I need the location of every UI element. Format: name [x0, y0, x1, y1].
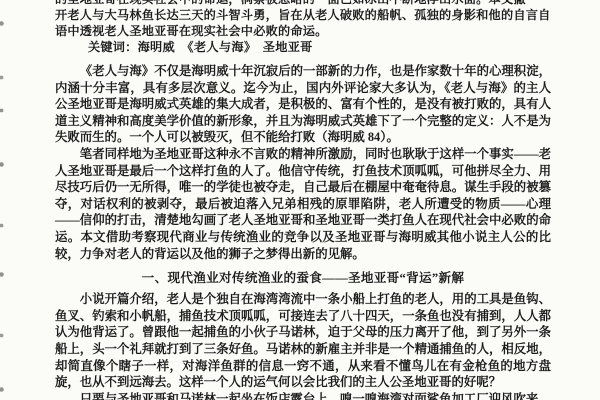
body-paragraph-1: 《老人与海》不仅是海明威十年沉寂后的一部新的力作，也是作家数十年的心理积淀，内涵…	[55, 63, 551, 146]
keywords-values: 海明威 《老人与海》 圣地亚哥	[138, 40, 313, 54]
body-paragraph-3: 小说开篇介绍，老人是个独自在海湾湾流中一条小船上打鱼的老人，用的工具是鱼钩、鱼叉…	[55, 291, 551, 391]
abstract-block: 的圣地亚哥在现实社会中的命运，洞察被忽略的一面已如冰山不断地浮出水面。本文撇 开…	[55, 0, 551, 55]
body-paragraph-2: 笔者同样地为圣地亚哥这种永不言败的精神所激励，同时也耿耿于这样一个事实——老人圣…	[55, 146, 551, 262]
keywords-line: 关键词：海明威 《老人与海》 圣地亚哥	[55, 39, 551, 55]
abstract-line-clipped: 的圣地亚哥在现实社会中的命运，洞察被忽略的一面已如冰山不断地浮出水面。本文撇	[55, 0, 551, 7]
page-content: 的圣地亚哥在现实社会中的命运，洞察被忽略的一面已如冰山不断地浮出水面。本文撇 开…	[55, 0, 551, 400]
section-heading: 一、现代渔业对传统渔业的蚕食——圣地亚哥“背运”新解	[55, 270, 551, 286]
scanned-paper-page: 的圣地亚哥在现实社会中的命运，洞察被忽略的一面已如冰山不断地浮出水面。本文撇 开…	[0, 0, 600, 400]
body-paragraph-4-clipped: 只要与圣地亚哥和马诺林一起坐在饭店露台上，嗅一嗅海湾对面鲨鱼加工厂迎风吹来	[55, 391, 551, 400]
scan-speckle-artifacts	[0, 0, 3, 3]
keywords-label: 关键词：	[88, 40, 138, 54]
article-body: 《老人与海》不仅是海明威十年沉寂后的一部新的力作，也是作家数十年的心理积淀，内涵…	[55, 63, 551, 400]
abstract-line: 语中透视老人圣地亚哥在现实社会中必败的命运。	[55, 23, 551, 39]
abstract-line: 开老人与大马林鱼长达三天的斗智斗勇，旨在从老人破败的船帆、孤独的身影和他的自言自	[55, 7, 551, 23]
